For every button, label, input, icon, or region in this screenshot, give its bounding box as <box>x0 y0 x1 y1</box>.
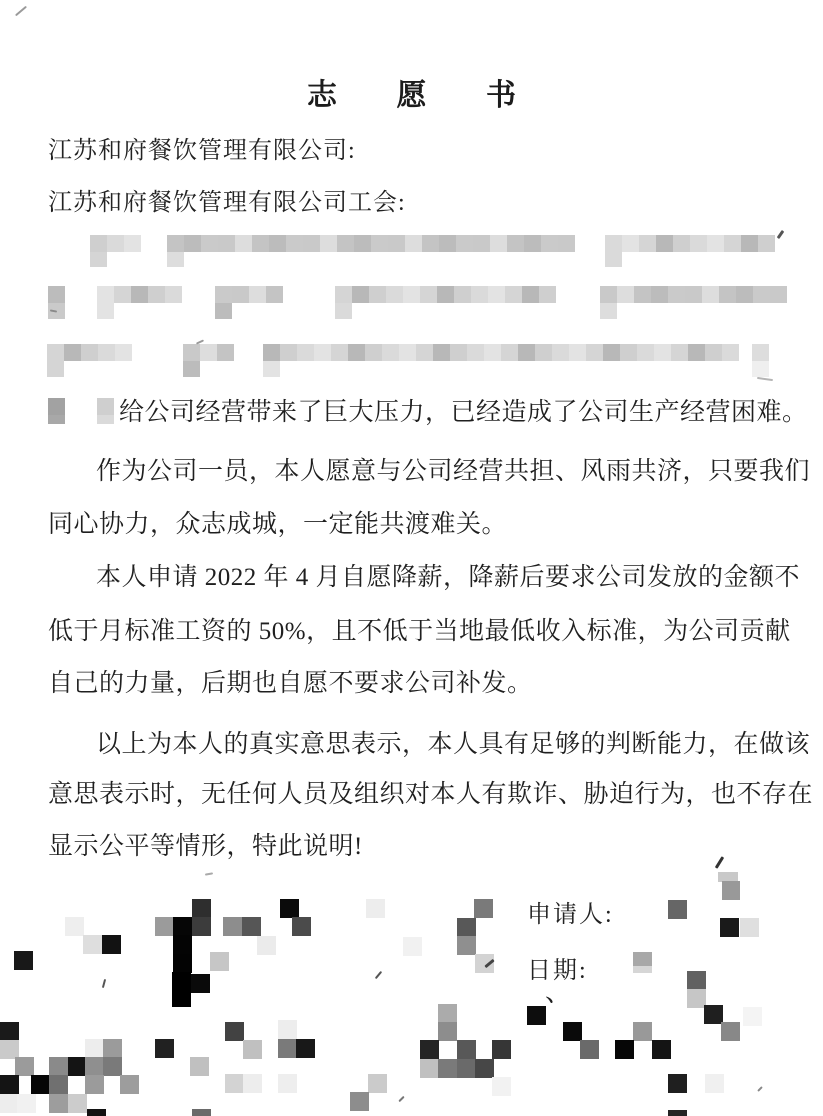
redaction-pixel <box>225 1074 244 1093</box>
redaction-pixel <box>475 1059 494 1078</box>
mosaic-cell <box>507 235 524 252</box>
mosaic-cell <box>369 286 386 303</box>
mosaic-cell <box>622 235 639 252</box>
redaction-pixel <box>668 1110 687 1116</box>
redaction-pixel <box>722 881 740 900</box>
redaction-pixel <box>85 1075 104 1094</box>
stray-scan-mark <box>715 856 724 869</box>
redaction-pixel <box>668 900 687 919</box>
mosaic-cell <box>439 235 456 252</box>
redaction-pixel <box>580 1040 599 1059</box>
mosaic-cell <box>48 415 65 424</box>
redacted-text-segment <box>90 235 145 267</box>
body-line: 自己的力量，后期也自愿不要求公司补发。 <box>48 670 533 697</box>
mosaic-cell <box>490 235 507 252</box>
redaction-pixel <box>420 1040 439 1059</box>
mosaic-cell <box>314 344 331 361</box>
body-line: 以上为本人的真实意思表示，本人具有足够的判断能力，在做该 <box>96 731 810 758</box>
body-line: 意思表示时，无任何人员及组织对本人有欺诈、胁迫行为，也不存在 <box>48 781 813 808</box>
mosaic-cell <box>605 235 622 252</box>
date-label: 日期: <box>527 950 588 985</box>
redaction-pixel <box>103 1039 122 1058</box>
mosaic-cell <box>437 286 454 303</box>
mosaic-cell <box>48 286 65 303</box>
mosaic-cell <box>539 286 556 303</box>
mosaic-cell <box>320 235 337 252</box>
mosaic-cell <box>758 235 775 252</box>
mosaic-cell <box>705 344 722 361</box>
body-line: 低于月标准工资的 50%，且不低于当地最低收入标准，为公司贡献 <box>48 618 791 645</box>
mosaic-cell <box>252 235 269 252</box>
mosaic-cell <box>97 303 114 319</box>
redaction-pixel <box>14 951 33 970</box>
mosaic-cell <box>47 344 64 361</box>
redaction-pixel <box>278 1074 297 1093</box>
mosaic-cell <box>286 235 303 252</box>
mosaic-cell <box>97 286 114 303</box>
mosaic-cell <box>473 235 490 252</box>
mosaic-cell <box>634 286 651 303</box>
mosaic-cell <box>501 344 518 361</box>
redacted-text-segment <box>215 286 288 319</box>
mosaic-cell <box>124 235 141 252</box>
mosaic-cell <box>433 344 450 361</box>
redacted-text-segment <box>48 286 77 319</box>
mosaic-cell <box>552 344 569 361</box>
redaction-pixel <box>492 1040 511 1059</box>
mosaic-cell <box>131 286 148 303</box>
mosaic-cell <box>81 344 98 361</box>
mosaic-cell <box>97 415 114 424</box>
redaction-pixel <box>83 935 102 954</box>
mosaic-cell <box>184 235 201 252</box>
redaction-pixel <box>457 936 476 955</box>
mosaic-cell <box>405 235 422 252</box>
redaction-pixel <box>278 1020 297 1039</box>
mosaic-cell <box>617 286 634 303</box>
redaction-pixel <box>17 1094 36 1113</box>
mosaic-cell <box>354 235 371 252</box>
redaction-pixel <box>720 918 739 937</box>
mosaic-cell <box>200 344 217 361</box>
mosaic-cell <box>741 235 758 252</box>
redacted-text-segment <box>97 286 193 319</box>
mosaic-cell <box>115 344 132 361</box>
redaction-pixel <box>438 1022 457 1041</box>
redaction-pixel <box>457 1040 476 1059</box>
mosaic-cell <box>600 286 617 303</box>
mosaic-cell <box>558 235 575 252</box>
mosaic-cell <box>399 344 416 361</box>
redaction-pixel <box>223 917 242 936</box>
redaction-pixel <box>474 899 493 918</box>
mosaic-cell <box>450 344 467 361</box>
redaction-pixel <box>173 917 192 936</box>
mosaic-cell <box>456 235 473 252</box>
redacted-text-segment <box>97 398 119 424</box>
mosaic-cell <box>217 344 234 361</box>
stray-scan-mark <box>757 1086 763 1092</box>
mosaic-cell <box>639 235 656 252</box>
stray-scan-mark <box>398 1096 404 1102</box>
redaction-pixel <box>633 952 652 966</box>
stray-scan-mark <box>205 872 213 875</box>
redaction-pixel <box>668 1074 687 1093</box>
redaction-pixel <box>192 1109 211 1116</box>
redaction-pixel <box>192 917 211 936</box>
redaction-pixel <box>420 1059 439 1078</box>
mosaic-cell <box>690 235 707 252</box>
redaction-pixel <box>292 917 311 936</box>
mosaic-cell <box>752 344 769 361</box>
mosaic-cell <box>218 235 235 252</box>
mosaic-cell <box>702 286 719 303</box>
redaction-pixel <box>492 1077 511 1096</box>
redaction-pixel <box>368 1074 387 1093</box>
redaction-pixel <box>172 988 191 1007</box>
redaction-pixel <box>120 1075 139 1094</box>
redaction-pixel <box>350 1092 369 1111</box>
mosaic-cell <box>656 235 673 252</box>
mosaic-cell <box>98 344 115 361</box>
mosaic-cell <box>303 235 320 252</box>
mosaic-cell <box>484 344 501 361</box>
mosaic-cell <box>688 344 705 361</box>
redaction-pixel <box>280 899 299 918</box>
mosaic-cell <box>454 286 471 303</box>
redaction-pixel <box>278 1039 297 1058</box>
mosaic-cell <box>183 361 200 377</box>
mosaic-cell <box>365 344 382 361</box>
mosaic-cell <box>722 344 739 361</box>
redaction-pixel <box>257 936 276 955</box>
mosaic-cell <box>215 286 232 303</box>
mosaic-cell <box>600 303 617 319</box>
redaction-pixel <box>633 966 652 973</box>
stray-scan-mark <box>15 6 27 17</box>
mosaic-cell <box>165 286 182 303</box>
redacted-text-segment <box>47 344 148 377</box>
stray-scan-mark <box>757 377 773 381</box>
redacted-text-segment <box>48 398 77 424</box>
mosaic-cell <box>371 235 388 252</box>
redaction-pixel <box>438 1004 457 1023</box>
body-line: 作为公司一员，本人愿意与公司经营共担、风雨共济，只要我们 <box>96 458 810 485</box>
redaction-pixel <box>155 1039 174 1058</box>
redacted-text-segment <box>600 286 790 319</box>
redaction-pixel <box>49 1057 68 1076</box>
salutation-union: 江苏和府餐饮管理有限公司工会: <box>48 182 406 217</box>
redacted-text-segment <box>752 344 776 377</box>
mosaic-cell <box>64 344 81 361</box>
mosaic-cell <box>335 303 352 319</box>
mosaic-cell <box>280 344 297 361</box>
redaction-pixel <box>85 1039 104 1058</box>
mosaic-cell <box>524 235 541 252</box>
mosaic-cell <box>522 286 539 303</box>
redaction-pixel <box>705 1074 724 1093</box>
redaction-pixel <box>68 1094 87 1113</box>
mosaic-cell <box>673 235 690 252</box>
redaction-pixel <box>85 1057 104 1076</box>
redaction-pixel <box>243 1040 262 1059</box>
redaction-pixel <box>0 1075 19 1094</box>
redaction-pixel <box>225 1022 244 1041</box>
mosaic-cell <box>707 235 724 252</box>
mosaic-cell <box>201 235 218 252</box>
redaction-pixel <box>102 935 121 954</box>
redaction-pixel <box>191 974 210 993</box>
redaction-pixel <box>31 1075 50 1094</box>
mosaic-cell <box>569 344 586 361</box>
mosaic-cell <box>297 344 314 361</box>
mosaic-cell <box>352 286 369 303</box>
mosaic-cell <box>90 252 107 267</box>
mosaic-cell <box>263 344 280 361</box>
redaction-pixel <box>243 1074 262 1093</box>
redaction-pixel <box>457 1059 476 1078</box>
mosaic-cell <box>471 286 488 303</box>
mosaic-cell <box>420 286 437 303</box>
mosaic-cell <box>541 235 558 252</box>
mosaic-cell <box>249 286 266 303</box>
mosaic-cell <box>215 303 232 319</box>
redaction-pixel <box>721 1022 740 1041</box>
mosaic-cell <box>719 286 736 303</box>
mosaic-cell <box>388 235 405 252</box>
mosaic-cell <box>518 344 535 361</box>
redaction-pixel <box>65 917 84 936</box>
mosaic-cell <box>337 235 354 252</box>
mosaic-cell <box>416 344 433 361</box>
mosaic-cell <box>651 286 668 303</box>
mosaic-cell <box>183 344 200 361</box>
mosaic-cell <box>107 235 124 252</box>
mosaic-cell <box>167 252 184 267</box>
redaction-pixel <box>652 1040 671 1059</box>
mosaic-cell <box>752 361 769 377</box>
redaction-pixel <box>49 1094 68 1113</box>
mosaic-cell <box>348 344 365 361</box>
redaction-pixel <box>210 952 229 971</box>
document-page: 志 愿 书 江苏和府餐饮管理有限公司: 江苏和府餐饮管理有限公司工会: 给公司经… <box>0 0 823 1116</box>
redaction-pixel <box>15 1057 34 1076</box>
redacted-text-segment <box>335 286 557 319</box>
redaction-pixel <box>190 1057 209 1076</box>
stray-scan-mark <box>375 971 382 979</box>
mosaic-cell <box>488 286 505 303</box>
redaction-pixel <box>366 899 385 918</box>
mosaic-cell <box>114 286 131 303</box>
mosaic-cell <box>586 344 603 361</box>
body-line: 显示公平等情形，特此说明! <box>48 833 363 860</box>
mosaic-cell <box>620 344 637 361</box>
redaction-pixel <box>49 1075 68 1094</box>
mosaic-cell <box>167 235 184 252</box>
redaction-pixel <box>296 1039 315 1058</box>
body-line: 本人申请 2022 年 4 月自愿降薪，降薪后要求公司发放的金额不 <box>96 564 800 591</box>
mosaic-cell <box>724 235 741 252</box>
redacted-text-segment <box>605 235 787 267</box>
redaction-pixel <box>740 918 759 937</box>
mosaic-cell <box>335 286 352 303</box>
mosaic-cell <box>382 344 399 361</box>
mosaic-cell <box>403 286 420 303</box>
redaction-pixel <box>103 1057 122 1076</box>
redacted-text-segment <box>183 344 243 377</box>
redaction-pixel <box>563 1022 582 1041</box>
redaction-pixel <box>687 971 706 990</box>
salutation-company: 江苏和府餐饮管理有限公司: <box>48 130 356 165</box>
redaction-pixel <box>173 935 192 954</box>
redaction-pixel <box>743 1007 762 1026</box>
mosaic-cell <box>386 286 403 303</box>
mosaic-cell <box>637 344 654 361</box>
redaction-pixel <box>155 917 174 936</box>
mosaic-cell <box>97 398 114 415</box>
document-title: 志 愿 书 <box>0 70 823 114</box>
mosaic-cell <box>232 286 249 303</box>
redaction-pixel <box>0 1022 19 1041</box>
mosaic-cell <box>269 235 286 252</box>
mosaic-cell <box>535 344 552 361</box>
mosaic-cell <box>753 286 770 303</box>
redaction-pixel <box>173 954 192 973</box>
redaction-pixel <box>87 1109 106 1116</box>
redaction-pixel <box>527 1006 546 1025</box>
mosaic-cell <box>422 235 439 252</box>
mosaic-cell <box>48 398 65 415</box>
mosaic-cell <box>654 344 671 361</box>
redacted-text-segment <box>263 344 750 377</box>
mosaic-cell <box>685 286 702 303</box>
redaction-pixel <box>615 1040 634 1059</box>
redaction-pixel <box>438 1059 457 1078</box>
mosaic-cell <box>505 286 522 303</box>
mosaic-cell <box>235 235 252 252</box>
redacted-text-segment <box>167 235 587 267</box>
redaction-pixel <box>633 1022 652 1041</box>
mosaic-cell <box>148 286 165 303</box>
mosaic-cell <box>736 286 753 303</box>
mosaic-cell <box>668 286 685 303</box>
mosaic-cell <box>467 344 484 361</box>
mosaic-cell <box>331 344 348 361</box>
redaction-pixel <box>403 937 422 956</box>
mosaic-cell <box>770 286 787 303</box>
mosaic-cell <box>605 252 622 267</box>
mosaic-cell <box>671 344 688 361</box>
mosaic-cell <box>47 361 64 377</box>
mosaic-cell <box>266 286 283 303</box>
stray-scan-mark <box>102 979 106 988</box>
mosaic-cell <box>603 344 620 361</box>
mosaic-cell <box>263 361 280 377</box>
redaction-pixel <box>242 917 261 936</box>
mosaic-cell <box>90 235 107 252</box>
redaction-pixel <box>457 918 476 937</box>
applicant-label: 申请人: <box>527 894 614 929</box>
body-line: 给公司经营带来了巨大压力，已经造成了公司生产经营困难。 <box>119 399 808 426</box>
body-line: 同心协力，众志成城，一定能共渡难关。 <box>48 511 507 538</box>
redaction-pixel <box>192 899 211 918</box>
